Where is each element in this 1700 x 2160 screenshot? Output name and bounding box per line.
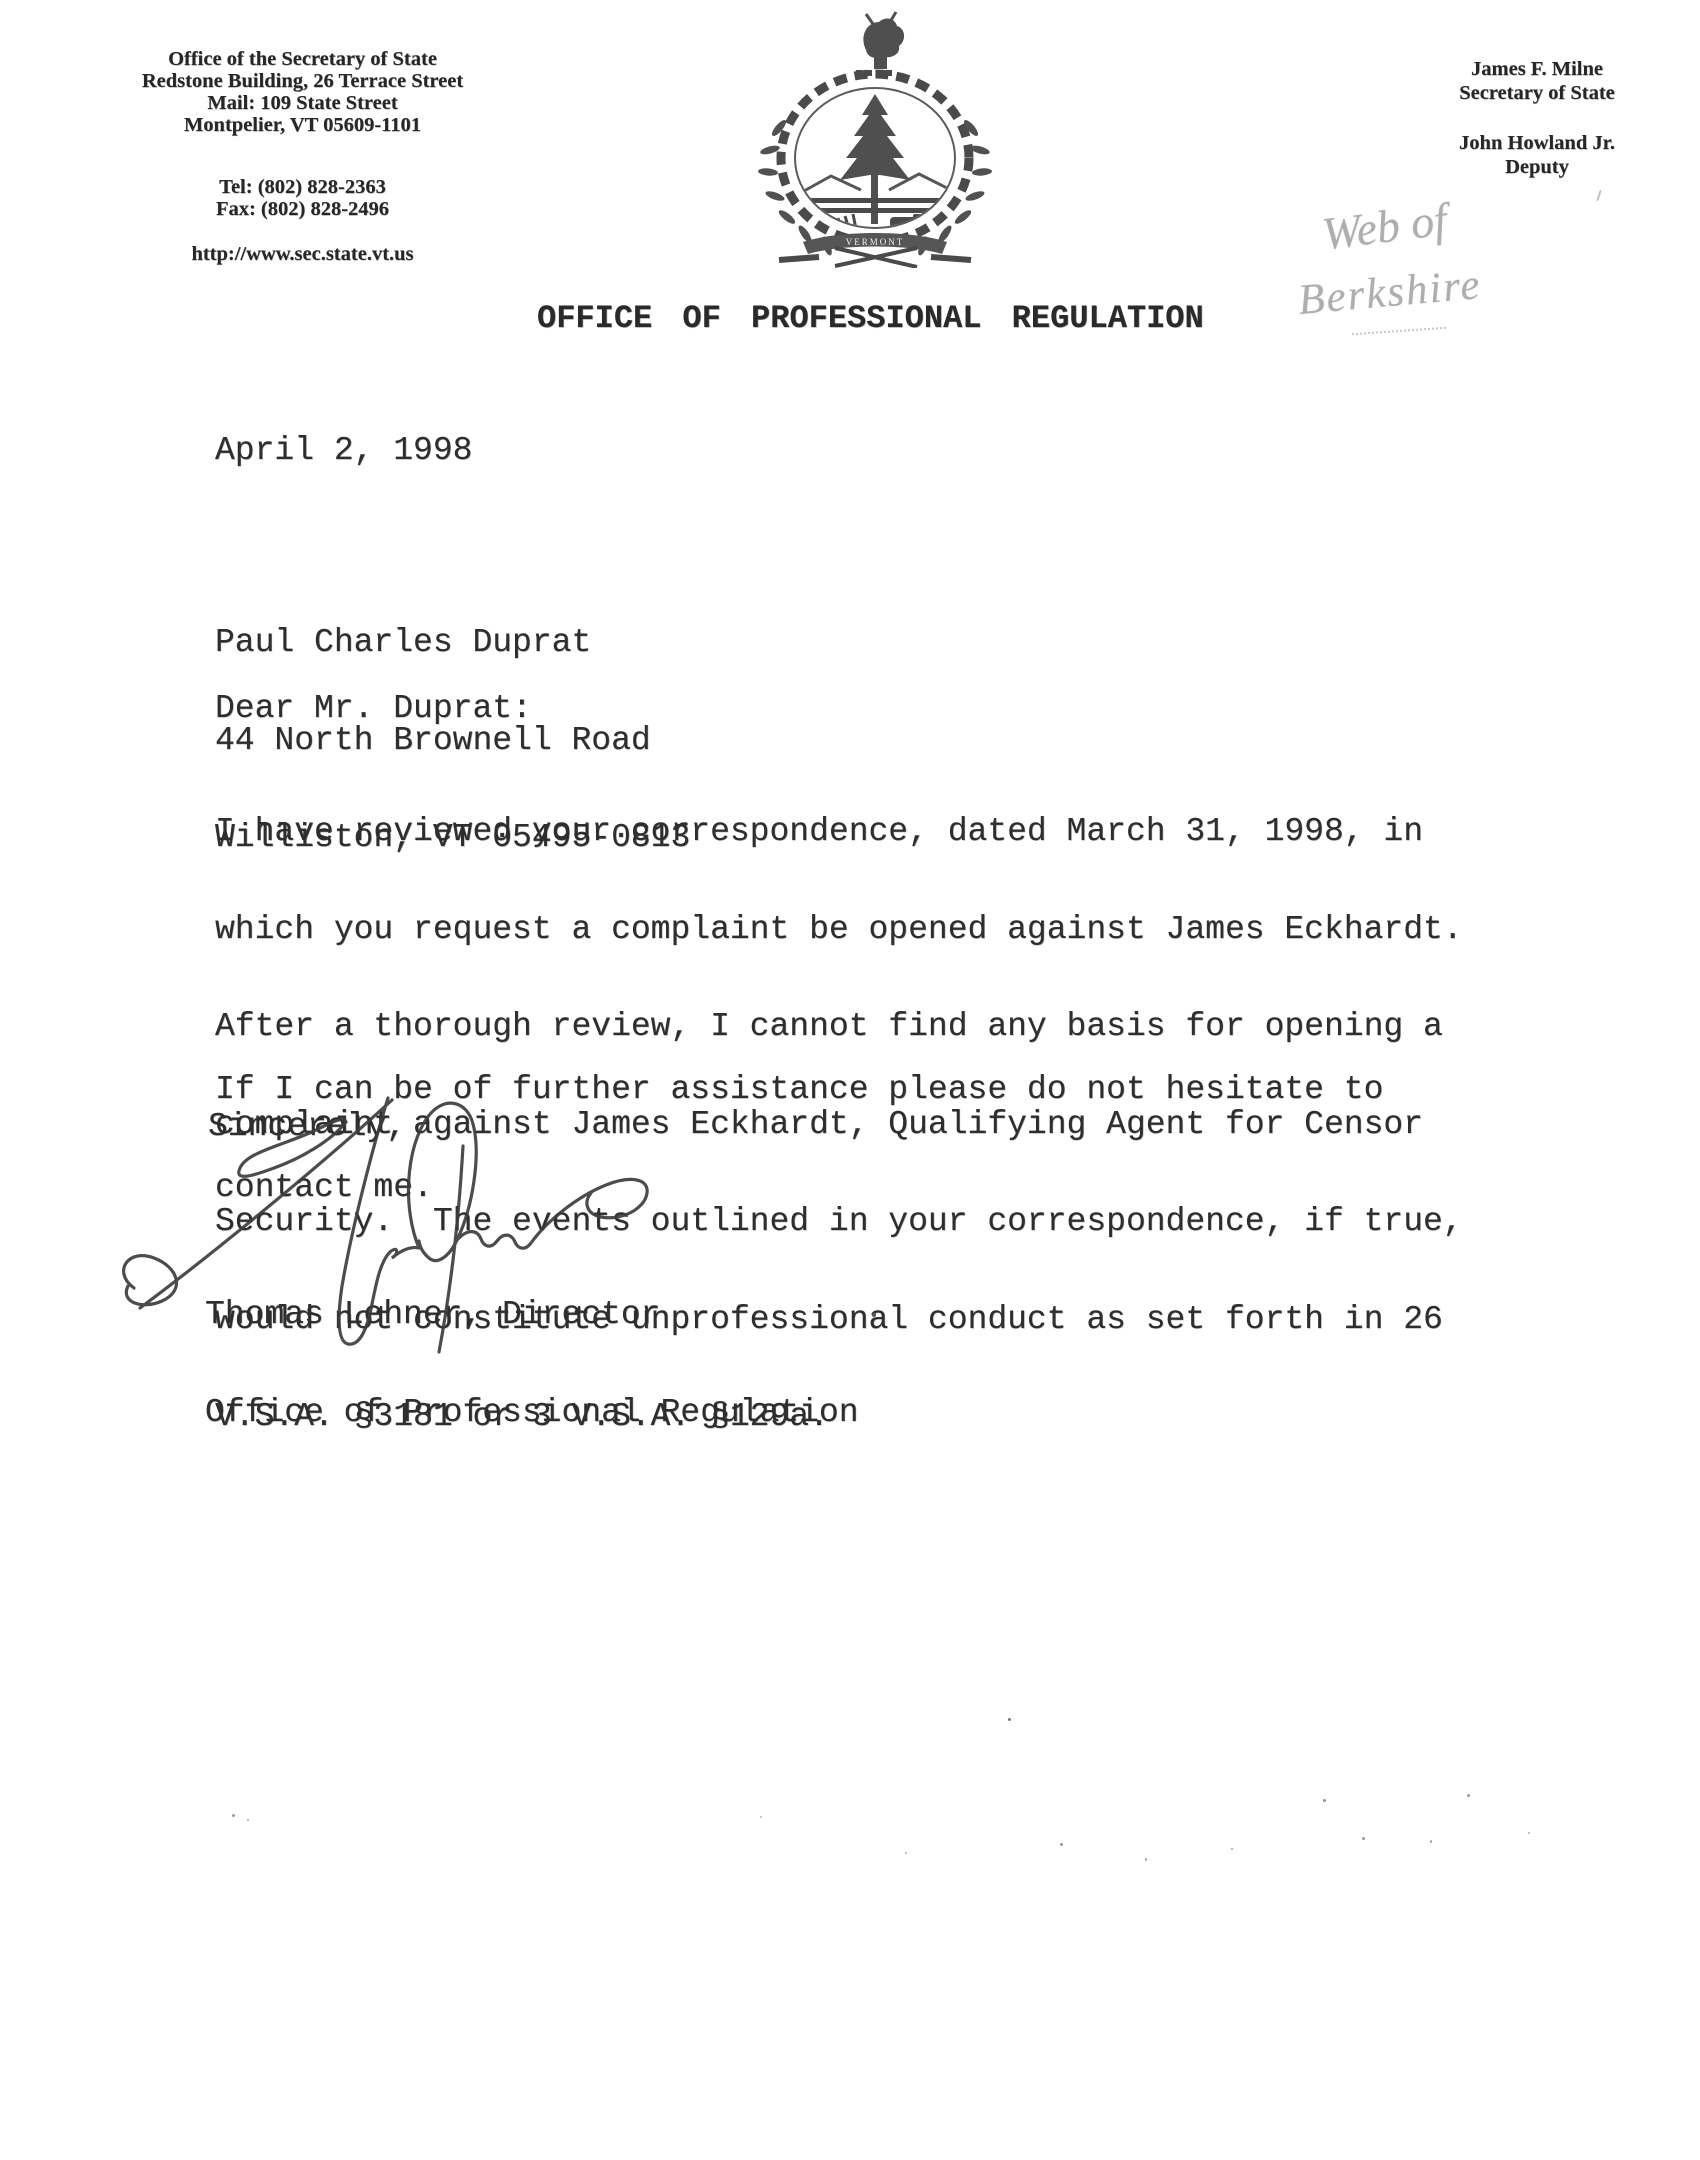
scan-speck — [872, 1313, 876, 1317]
scan-speck — [1362, 1837, 1365, 1840]
deputy-title: Deputy — [1377, 155, 1697, 179]
letterhead-officials-block: James F. Milne Secretary of State John H… — [1377, 57, 1697, 179]
scan-speck — [1231, 1848, 1233, 1850]
secretary-title: Secretary of State — [1377, 81, 1697, 105]
letter-date: April 2, 1998 — [215, 435, 472, 468]
stag-head-crest-icon — [856, 12, 904, 73]
scan-speck — [1060, 1843, 1063, 1846]
scan-speck — [1323, 1799, 1326, 1802]
salutation: Dear Mr. Duprat: — [215, 693, 532, 726]
deputy-name: John Howland Jr. — [1377, 131, 1697, 155]
handwritten-note-line1: Web of — [1319, 193, 1449, 261]
scan-speck — [247, 1819, 249, 1821]
vermont-state-seal-icon: VERMONT — [753, 10, 993, 268]
letterhead-line: Montpelier, VT 05609-1101 — [95, 114, 510, 136]
handwritten-signature — [100, 1088, 660, 1368]
letterhead-address-block: Office of the Secretary of State Redston… — [95, 48, 510, 136]
scan-speck — [1145, 1858, 1147, 1861]
letterhead-phone-block: Tel: (802) 828-2363 Fax: (802) 828-2496 — [95, 176, 510, 220]
body-line: I have reviewed your correspondence, dat… — [215, 816, 1463, 849]
crossed-stems — [835, 248, 917, 267]
letterhead-line: Mail: 109 State Street — [95, 92, 510, 114]
letterhead-line: Redstone Building, 26 Terrace Street — [95, 70, 510, 92]
seal-banner-text: VERMONT — [846, 237, 905, 247]
letterhead-line: Office of the Secretary of State — [95, 48, 510, 70]
pine-tree-icon — [840, 94, 910, 224]
handwritten-note-line2: Berkshire — [1296, 260, 1483, 325]
letterhead-url: http://www.sec.state.vt.us — [95, 243, 510, 266]
scanned-letter-page: Office of the Secretary of State Redston… — [0, 0, 1700, 2160]
scan-speck — [1467, 1794, 1470, 1797]
letterhead-tel: Tel: (802) 828-2363 — [95, 176, 510, 198]
scan-speck — [905, 1852, 907, 1854]
scan-speck — [760, 1816, 762, 1818]
scan-speck — [1008, 1718, 1011, 1721]
scan-speck — [1430, 1840, 1432, 1843]
signer-org: Office of Professional Regulation — [205, 1397, 859, 1430]
office-title: OFFICE OF PROFESSIONAL REGULATION — [537, 300, 1204, 337]
handwritten-underline — [1352, 327, 1446, 336]
secretary-name: James F. Milne — [1377, 57, 1697, 81]
letterhead-fax: Fax: (802) 828-2496 — [95, 198, 510, 220]
body-line: which you request a complaint be opened … — [215, 914, 1463, 947]
scan-speck — [232, 1814, 235, 1817]
recipient-name: Paul Charles Duprat — [215, 627, 690, 660]
handwritten-tick-mark — [1596, 190, 1601, 201]
scan-speck — [1528, 1832, 1530, 1834]
